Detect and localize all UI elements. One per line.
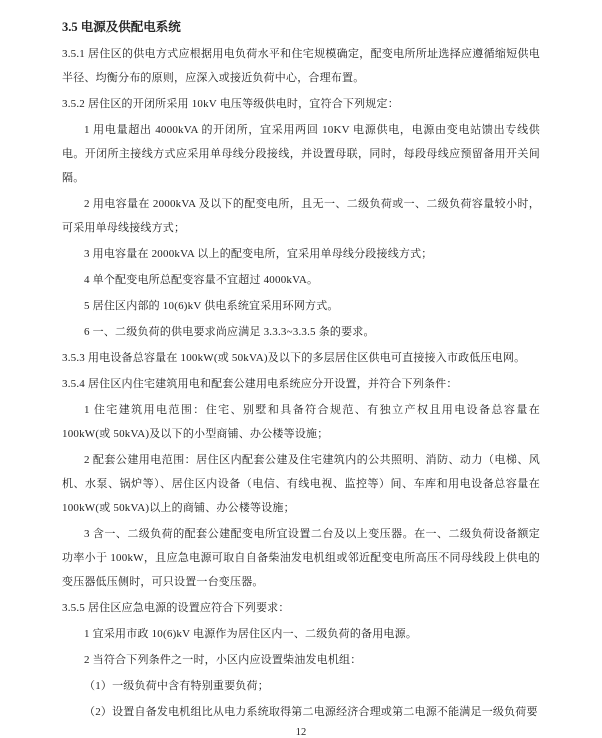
paragraph-3-5-1: 3.5.1 居住区的供电方式应根据用电负荷水平和住宅规模确定，配变电所所址选择应… bbox=[62, 42, 540, 90]
clause-3-5-4-item-1: 1 住宅建筑用电范围：住宅、别墅和具备符合规范、有独立产权且用电设备总容量在 1… bbox=[62, 398, 540, 446]
clause-3-5-5-item-1: 1 宜采用市政 10(6)kV 电源作为居住区内一、二级负荷的备用电源。 bbox=[62, 622, 540, 646]
paragraph-3-5-2: 3.5.2 居住区的开闭所采用 10kV 电压等级供电时，宜符合下列规定： bbox=[62, 92, 540, 116]
page-number: 12 bbox=[62, 726, 540, 738]
clause-3-5-2-item-5: 5 居住区内部的 10(6)kV 供电系统宜采用环网方式。 bbox=[62, 294, 540, 318]
clause-3-5-5-subitem-2: （2）设置自备发电机组比从电力系统取得第二电源经济合理或第二电源不能满足一级负荷… bbox=[62, 700, 540, 724]
clause-3-5-2-item-4: 4 单个配变电所总配变容量不宜超过 4000kVA。 bbox=[62, 268, 540, 292]
clause-3-5-5-subitem-1: （1）一级负荷中含有特别重要负荷； bbox=[62, 674, 540, 698]
paragraph-3-5-4: 3.5.4 居住区内住宅建筑用电和配套公建用电系统应分开设置，并符合下列条件： bbox=[62, 372, 540, 396]
clause-3-5-2-item-6: 6 一、二级负荷的供电要求尚应满足 3.3.3~3.3.5 条的要求。 bbox=[62, 320, 540, 344]
clause-3-5-4-item-2: 2 配套公建用电范围：居住区内配套公建及住宅建筑内的公共照明、消防、动力（电梯、… bbox=[62, 448, 540, 520]
paragraph-3-5-3: 3.5.3 用电设备总容量在 100kW(或 50kVA)及以下的多层居住区供电… bbox=[62, 346, 540, 370]
paragraph-3-5-5: 3.5.5 居住区应急电源的设置应符合下列要求： bbox=[62, 596, 540, 620]
clause-3-5-2-item-3: 3 用电容量在 2000kVA 以上的配变电所，宜采用单母线分段接线方式； bbox=[62, 242, 540, 266]
clause-3-5-4-item-3: 3 含一、二级负荷的配套公建配变电所宜设置二台及以上变压器。在一、二级负荷设备额… bbox=[62, 522, 540, 594]
document-page: 3.5 电源及供配电系统 3.5.1 居住区的供电方式应根据用电负荷水平和住宅规… bbox=[0, 0, 602, 738]
section-heading: 3.5 电源及供配电系统 bbox=[62, 15, 540, 39]
clause-3-5-2-item-1: 1 用电量超出 4000kVA 的开闭所，宜采用两回 10KV 电源供电，电源由… bbox=[62, 118, 540, 190]
clause-3-5-2-item-2: 2 用电容量在 2000kVA 及以下的配变电所，且无一、二级负荷或一、二级负荷… bbox=[62, 192, 540, 240]
clause-3-5-5-item-2: 2 当符合下列条件之一时，小区内应设置柴油发电机组： bbox=[62, 648, 540, 672]
